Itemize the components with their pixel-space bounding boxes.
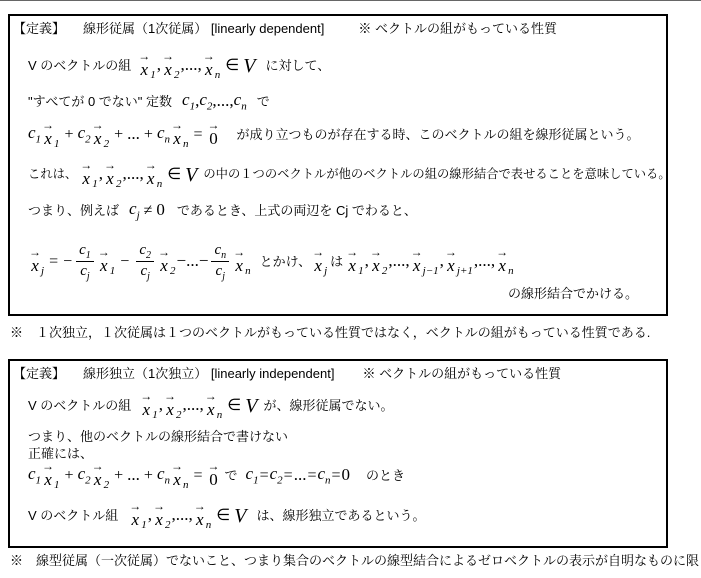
text: V のベクトルの組 [28,397,131,415]
text: これは、 [28,166,77,183]
vector-x-2: →x2 [158,249,176,274]
spacer [334,373,362,374]
text: 【定義】 [13,365,65,383]
spacer [324,28,358,29]
vector-symbol: x [498,257,506,274]
math-operator: − [62,253,73,271]
math-operator: + [140,126,157,144]
text: とかけ、 [260,253,311,271]
vector-0: →0 [208,463,220,488]
vector-symbol: x [372,257,380,274]
subscript: 2 [85,474,91,486]
spacer [343,261,345,262]
vector-x-n: →xn [203,53,221,78]
math-variable: c1 [28,465,41,486]
vector-symbol: x [196,511,204,528]
math-operator: = [189,467,206,485]
subscript: 1 [150,70,156,81]
vector-x-n: →xn [194,503,212,528]
subscript: j [87,271,90,282]
vector-x-2: →x2 [370,249,388,274]
independence-precisely: 正確には、 [28,445,93,463]
subscript: 1 [358,266,364,277]
math-text: ,..., [183,396,204,415]
math-operator: = [259,467,270,485]
independence-title: 【定義】線形独立（1次独立） [linearly independent]※ ベ… [13,365,561,383]
math-operator: ∈ [163,166,185,184]
subscript: n [157,179,163,190]
text: の中の１つのベクトルが他のベクトルの組の線形結合で表せることを意味している。 [203,166,670,183]
dependence-solved-equation: →xj=−c1cj→x1−c2cj→x2−...−cncj→xnとかけ、→xjは… [28,241,515,282]
spacer [172,101,182,102]
vector-symbol: x [143,401,151,418]
vector-symbol: x [106,170,114,187]
math-variable: cn [234,91,247,112]
subscript: 2 [176,410,182,421]
independence-paraphrase: つまり、他のベクトルの線形結合で書けない [28,428,288,446]
vector-x-1: →x1 [346,249,364,274]
math-operator: = [45,253,62,271]
vector-symbol: x [141,61,149,78]
spacer [246,515,256,516]
vector-symbol: x [235,257,243,274]
spacer [77,174,79,175]
vector-symbol: x [447,257,455,274]
text: V のベクトル組 [28,507,118,525]
math-variable: cn [157,465,170,486]
math-text: ,..., [474,252,495,271]
vector-x-1: →x1 [129,503,147,528]
math-text: ... [294,466,307,485]
vector-x-2: →x2 [162,53,180,78]
vector-symbol: x [44,471,52,488]
vector-x-1: →x1 [138,53,156,78]
subscript: 2 [170,266,176,277]
subscript: n [508,266,514,277]
vector-x-1: →x1 [98,249,116,274]
vector-symbol: x [205,61,213,78]
math-operator: ≠ [140,202,157,220]
math-variable: V [245,395,257,417]
math-text: , [440,252,444,271]
text: で [225,467,238,485]
denominator: cj [77,262,92,282]
dependence-setup-vectors: V のベクトルの組→x1,→x2,...,→xn∈Vに対して、 [28,53,330,78]
math-operator: + [140,467,157,485]
math-text: 0 [342,466,351,485]
math-variable: V [185,164,197,186]
subscript: n [183,480,189,491]
subscript: j−1 [423,266,439,277]
spacer [118,515,128,516]
note-property-of-set: ※ １次独立，１次従属は１つのベクトルがもっている性質ではなく，ベクトルの組がも… [10,324,650,342]
vector-x-n: →xn [233,249,251,274]
subscript: 2 [104,480,110,491]
math-text: , [148,506,152,525]
math-operator: + [61,467,78,485]
math-text: , [99,165,103,184]
fraction: c2cj [136,241,154,282]
math-operator: = [283,467,294,485]
numerator: c2 [136,241,154,262]
math-variable: V [243,55,255,77]
math-variable: cj [129,200,140,221]
vector-x-n: →xn [205,393,223,418]
text: で [257,93,270,111]
math-text: ,..., [181,56,202,75]
math-operator: = [189,126,206,144]
vector-symbol: x [348,257,356,274]
vector-symbol: x [155,511,163,528]
subscript: n [164,474,170,486]
spacer [119,210,129,211]
spacer [165,210,177,211]
denominator: cj [137,262,152,282]
vector-symbol: x [166,401,174,418]
subscript: 2 [165,520,171,531]
subscript: 1 [54,480,60,491]
vector-x-2: →x2 [104,162,122,187]
math-operator: ∈ [212,507,234,525]
text: ※ ベクトルの組がもっている性質 [358,20,557,38]
math-operator: + [110,467,127,485]
text: は [330,253,343,271]
math-operator: = [306,467,317,485]
dependence-meaning: これは、→x1,→x2,...,→xn∈Vの中の１つのベクトルが他のベクトルの組… [28,162,671,187]
vector-symbol: x [31,257,39,274]
subscript: 1 [54,139,60,150]
text: 【定義】 [13,20,65,38]
vector-x-j−1: →xj−1 [411,249,439,274]
math-variable: c2 [78,465,91,486]
math-operator: − [116,253,133,271]
subscript: 2 [85,133,91,145]
text: ※ 線型従属（一次従属）でないこと、つまり集合のベクトルの線型結合によるゼロベク… [10,552,701,570]
independence-equation: c1→x1+c2→x2+...+cn→xn=→0でc1=c2=...=cn=0の… [28,463,405,488]
math-operator: ∈ [223,397,245,415]
text: 線形独立（1次独立） [linearly independent] [83,365,334,383]
note-trivial-representation: ※ 線型従属（一次従属）でないこと、つまり集合のベクトルの線型結合によるゼロベク… [10,552,701,570]
math-text: ... [127,125,140,144]
independence-conclusion: V のベクトル組→x1,→x2,...,→xn∈Vは、線形独立であるという。 [28,503,425,528]
spacer [247,101,257,102]
math-text: ... [127,466,140,485]
subscript: 1 [92,179,98,190]
document-page: 【定義】線形従属（1次従属） [linearly dependent]※ ベクト… [0,0,701,578]
math-variable: c1 [246,465,259,486]
dependence-example-condition: つまり、例えばcj≠0であるとき、上式の両辺を Cj でわると、 [28,200,417,221]
spacer [65,28,83,29]
math-operator: + [61,126,78,144]
text: が成り立つものが存在する時、このベクトルの組を線形従属という。 [237,126,640,144]
vector-symbol: x [413,257,421,274]
subscript: n [183,139,189,150]
vector-symbol: x [94,471,102,488]
vector-x-j+1: →xj+1 [445,249,473,274]
vector-x-n: →xn [496,249,514,274]
math-variable: c2 [199,91,212,112]
text: のとき [366,467,405,485]
vector-0: →0 [208,122,220,147]
vector-symbol: x [100,257,108,274]
math-variable: c2 [78,124,91,145]
subscript: 2 [104,139,110,150]
dependence-title: 【定義】線形従属（1次従属） [linearly dependent]※ ベクト… [13,20,557,38]
math-text: 0 [156,201,165,220]
text: ※ ベクトルの組がもっている性質 [362,365,561,383]
spacer [255,65,265,66]
text: "すべてが 0 でない" 定数 [28,93,172,111]
numerator: c1 [76,241,94,262]
subscript: 2 [174,70,180,81]
vector-symbol: x [173,130,181,147]
vector-symbol: x [147,170,155,187]
vector-x-2: →x2 [92,463,110,488]
math-text: , [157,56,161,75]
text: に対して、 [265,57,330,75]
math-operator: = [331,467,342,485]
vector-symbol: 0 [209,471,218,488]
spacer [131,65,137,66]
vector-x-2: →x2 [92,122,110,147]
independence-setup-vectors: V のベクトルの組→x1,→x2,...,→xn∈Vが、線形従属でない。 [28,393,393,418]
subscript: 1 [36,474,42,486]
subscript: 1 [141,520,147,531]
text: つまり、例えば [28,202,119,220]
fraction: cncj [211,241,229,282]
text: であるとき、上式の両辺を Cj でわると、 [177,202,417,220]
subscript: j+1 [457,266,473,277]
subscript: j [147,271,150,282]
subscript: n [164,133,170,145]
subscript: j [324,266,327,277]
dependence-linear-combination-note: の線形結合でかける。 [508,285,638,303]
vector-symbol: x [160,257,168,274]
subscript: n [241,100,247,112]
subscript: j [41,266,44,277]
math-variable: c1 [28,124,41,145]
text: は、線形独立であるという。 [256,507,425,525]
subscript: 1 [152,410,158,421]
subscript: n [217,410,223,421]
subscript: n [206,520,212,531]
math-operator: ∈ [221,57,243,75]
vector-x-1: →x1 [80,162,98,187]
math-variable: cn [157,124,170,145]
math-text: ,..., [388,252,409,271]
subscript: j [222,271,225,282]
dependence-equation: c1→x1+c2→x2+...+cn→xn=→0が成り立つものが存在する時、この… [28,122,640,147]
spacer [252,261,260,262]
vector-x-1: →x1 [42,122,60,147]
vector-symbol: x [173,471,181,488]
spacer [131,405,139,406]
vector-symbol: x [44,130,52,147]
spacer [221,134,237,135]
vector-x-2: →x2 [164,393,182,418]
subscript: n [221,250,226,261]
text: 線形従属（1次従属） [linearly dependent] [83,20,324,38]
math-text: , [365,252,369,271]
subscript: n [245,266,251,277]
spacer [238,475,246,476]
text: V のベクトルの組 [28,57,131,75]
math-variable: c2 [270,465,283,486]
vector-x-1: →x1 [140,393,158,418]
vector-x-j: →xj [312,249,327,274]
math-text: −...− [177,252,209,271]
vector-x-2: →x2 [153,503,171,528]
math-text: ,..., [212,92,233,111]
subscript: 2 [382,266,388,277]
text: ※ １次独立，１次従属は１つのベクトルがもっている性質ではなく，ベクトルの組がも… [10,324,650,342]
math-text: ,..., [172,506,193,525]
vector-x-j: →xj [29,249,44,274]
vector-symbol: x [164,61,172,78]
math-text: , [159,396,163,415]
text: 正確には、 [28,445,93,463]
math-variable: c1 [182,91,195,112]
math-text: ,..., [122,165,143,184]
vector-symbol: 0 [209,130,218,147]
numerator: cn [211,241,229,262]
vector-symbol: x [94,130,102,147]
vector-symbol: x [82,170,90,187]
subscript: 1 [36,133,42,145]
vector-symbol: x [207,401,215,418]
subscript: 1 [110,266,116,277]
vector-symbol: x [132,511,140,528]
subscript: 1 [86,250,91,261]
spacer [350,475,366,476]
dependence-constants: "すべてが 0 でない" 定数c1,c2,...,cnで [28,91,270,112]
denominator: cj [213,262,228,282]
vector-x-1: →x1 [42,463,60,488]
math-operator: + [110,126,127,144]
text: つまり、他のベクトルの線形結合で書けない [28,428,288,446]
fraction: c1cj [76,241,94,282]
subscript: n [215,70,221,81]
math-variable: V [234,505,246,527]
text: の線形結合でかける。 [508,285,638,303]
subscript: 2 [146,250,151,261]
subscript: 2 [116,179,122,190]
vector-x-n: →xn [171,122,189,147]
text: が、線形従属でない。 [263,397,393,415]
math-variable: cn [317,465,330,486]
vector-symbol: x [314,257,322,274]
spacer [65,373,83,374]
vector-x-n: →xn [145,162,163,187]
vector-x-n: →xn [171,463,189,488]
